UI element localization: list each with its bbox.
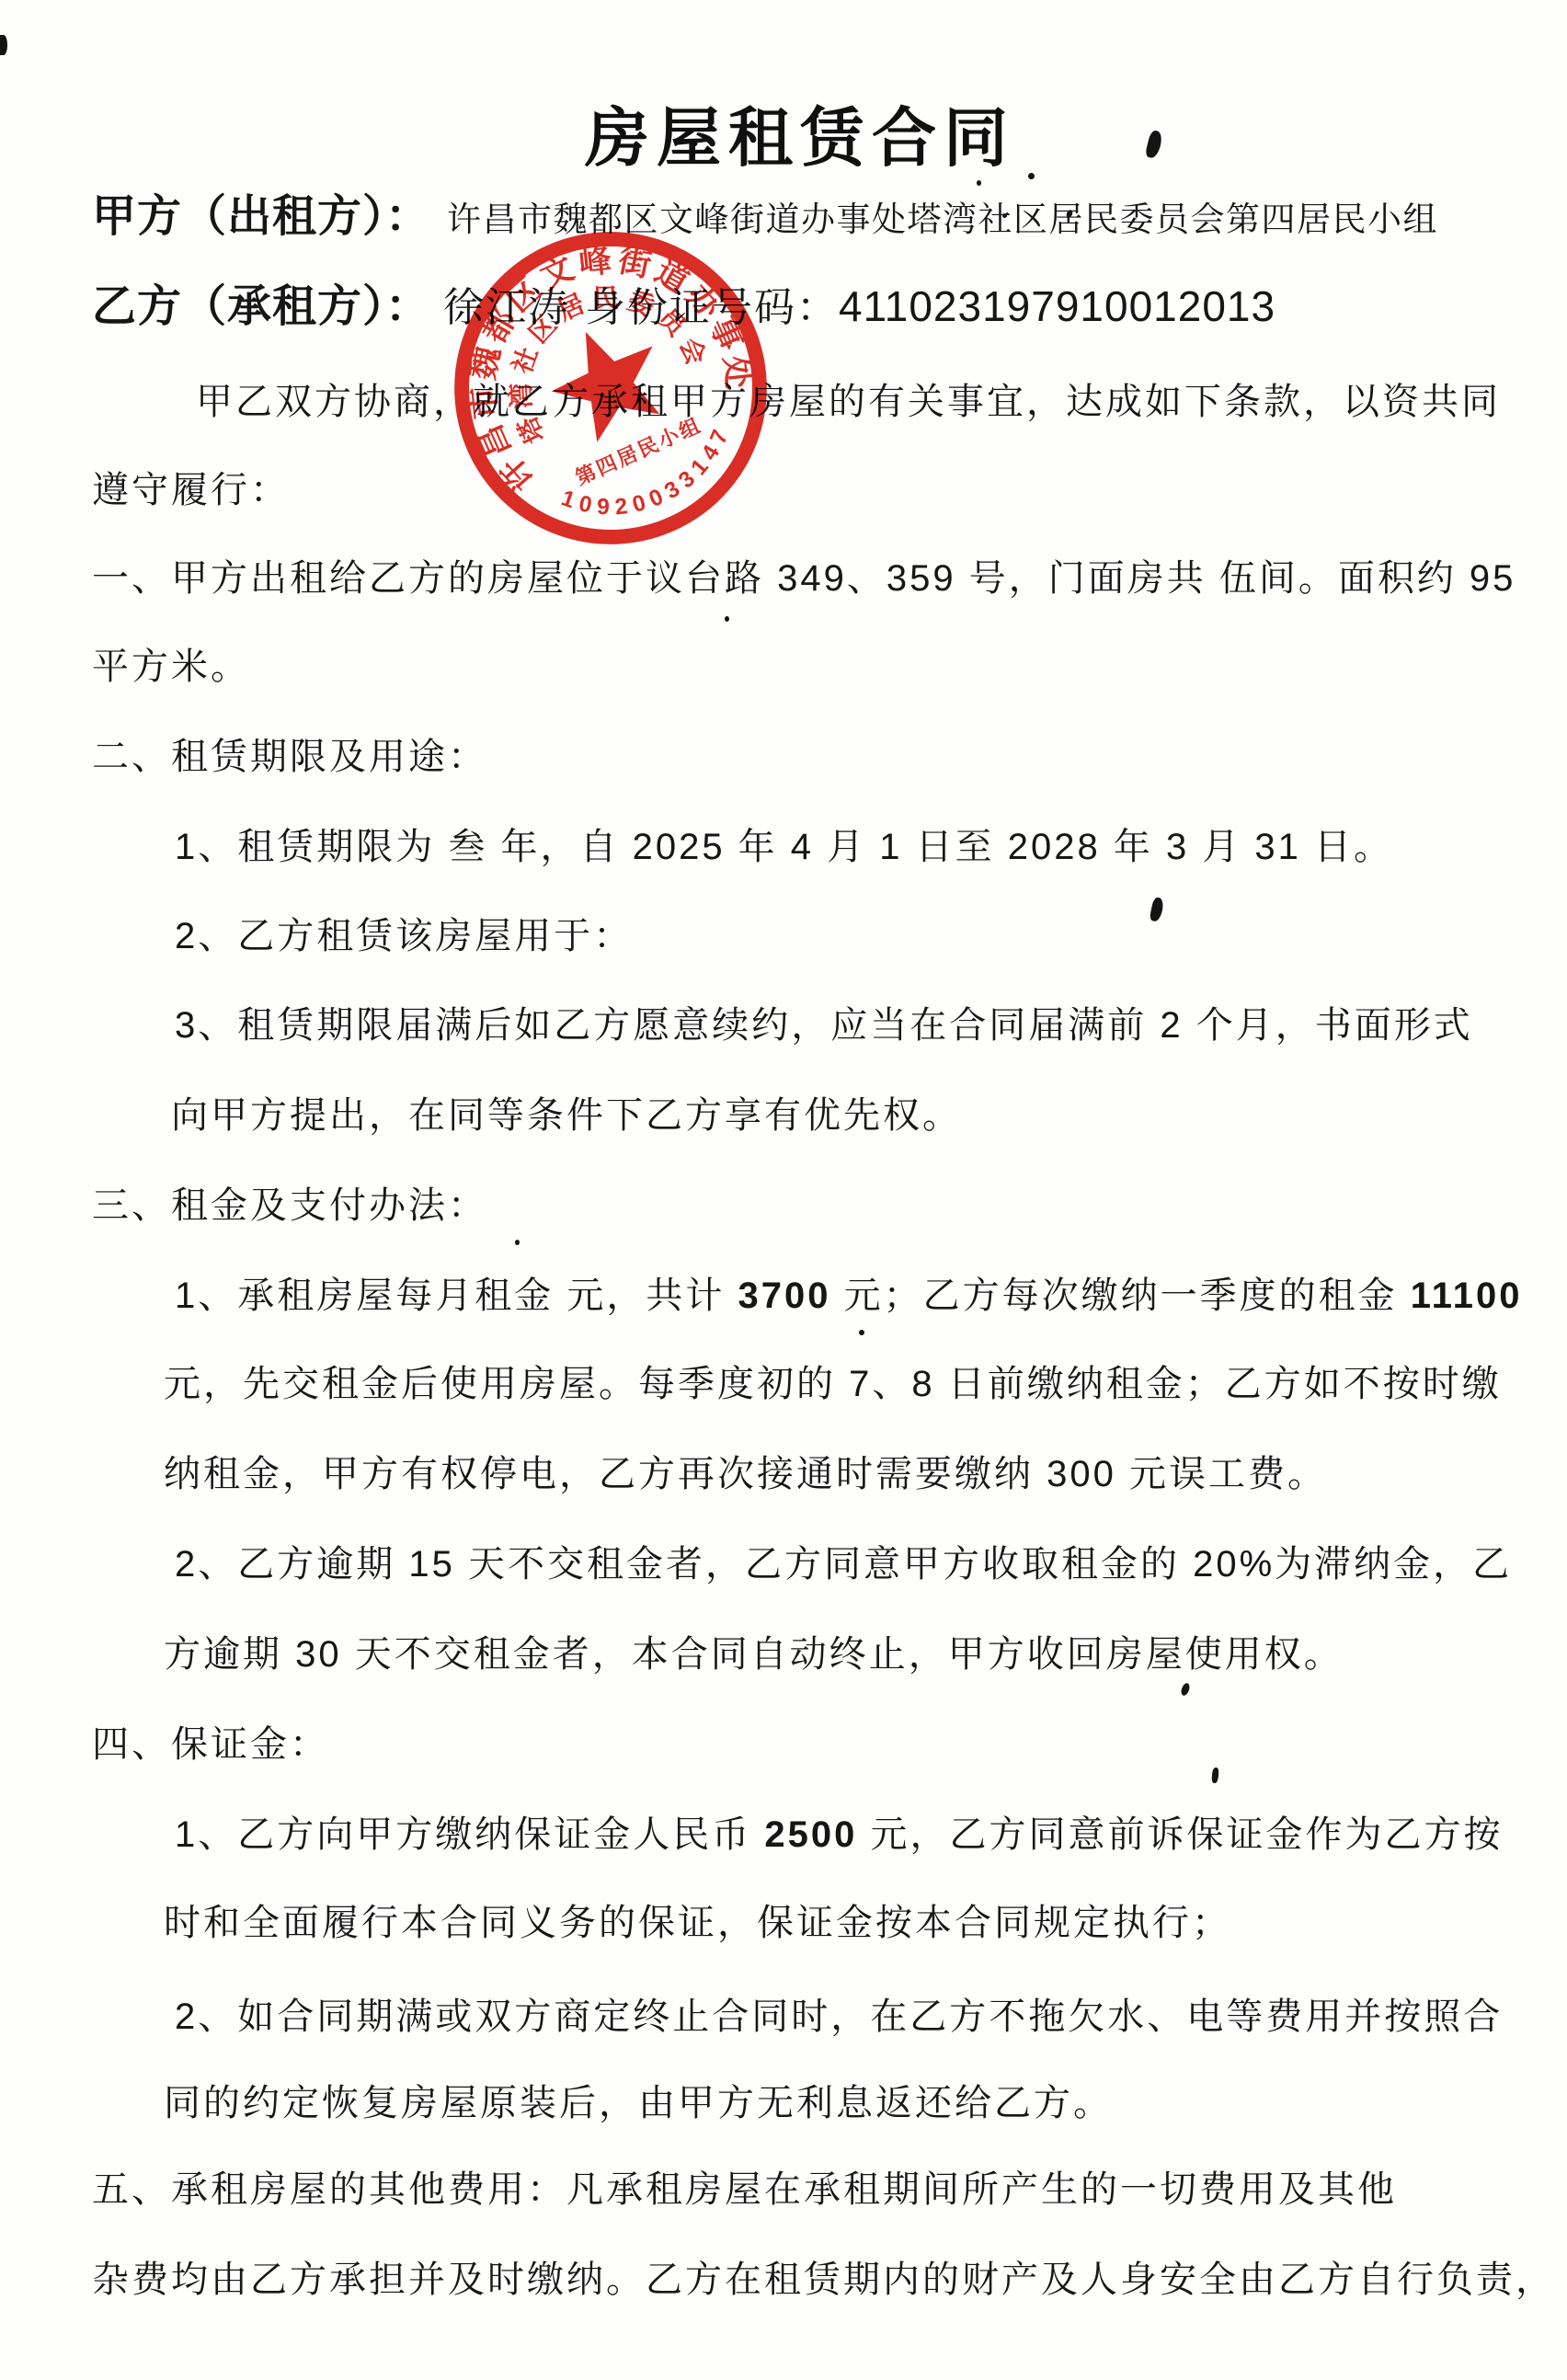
scan-artifact	[1180, 1682, 1191, 1697]
scan-artifact	[977, 180, 981, 186]
rent-total-value: 3700	[738, 1276, 830, 1316]
section-4-heading: 四、保证金：	[92, 1722, 329, 1768]
party-b-id-number: 411023197910012013	[839, 282, 1275, 330]
section-5-line-2: 杂费均由乙方承担并及时缴纳。乙方在租赁期内的财产及人身安全由乙方自行负责，	[92, 2257, 1555, 2303]
preamble-line-1: 甲乙双方协商，就乙方承租甲方房屋的有关事宜，达成如下条款，以资共同	[196, 379, 1501, 425]
scan-artifact	[0, 35, 7, 55]
section-4-item-1-line-1: 1、乙方向甲方缴纳保证金人民币 2500 元，乙方同意前诉保证金作为乙方按	[175, 1812, 1503, 1858]
section-3-item-2-line-2: 方逾期 30 天不交租金者，本合同自动终止，甲方收回房屋使用权。	[164, 1631, 1344, 1677]
scan-artifact	[1149, 897, 1164, 922]
section-4-item-1-line-2: 时和全面履行本合同义务的保证，保证金按本合同规定执行；	[164, 1900, 1231, 1946]
scan-artifact	[1028, 173, 1035, 179]
party-b-label: 乙方（承租方）：	[92, 282, 430, 331]
scan-artifact	[1211, 1768, 1219, 1784]
section-3-heading: 三、租金及支付办法：	[92, 1183, 487, 1229]
section-2-item-3-line-1: 3、租赁期限届满后如乙方愿意续约，应当在合同届满前 2 个月，书面形式	[175, 1002, 1473, 1048]
contract-title: 房屋租赁合同	[92, 86, 1508, 179]
section-3-item-1-line-1: 1、承租房屋每月租金 元，共计 3700 元；乙方每次缴纳一季度的租金 1110…	[175, 1273, 1523, 1319]
party-a-line: 甲方（出租方）：许昌市魏都区文峰街道办事处塔湾社区居民委员会第四居民小组	[92, 189, 1438, 245]
scan-artifact	[515, 1240, 520, 1245]
rent-clause-text: 1、承租房屋每月租金 元，共计	[175, 1276, 738, 1316]
rent-clause-text: 元；乙方每次缴纳一季度的租金	[830, 1276, 1410, 1316]
quarterly-rent-value: 11100	[1411, 1276, 1523, 1316]
deposit-clause-text: 1、乙方向甲方缴纳保证金人民币	[175, 1814, 764, 1855]
section-3-item-2-line-1: 2、乙方逾期 15 天不交租金者，乙方同意甲方收取租金的 20%为滞纳金，乙	[175, 1541, 1512, 1587]
party-a-label: 甲方（出租方）：	[92, 192, 430, 241]
section-1-line-2: 平方米。	[92, 644, 250, 690]
section-4-item-2-line-2: 同的约定恢复房屋原装后，由甲方无利息返还给乙方。	[164, 2080, 1113, 2126]
section-2-item-1: 1、租赁期限为 叁 年，自 2025 年 4 月 1 日至 2028 年 3 月…	[175, 824, 1393, 870]
section-2-item-3-line-2: 向甲方提出，在同等条件下乙方享有优先权。	[171, 1093, 962, 1139]
preamble-line-2: 遵守履行：	[92, 467, 290, 513]
section-5-line-1: 五、承租房屋的其他费用：凡承租房屋在承租期间所产生的一切费用及其他	[92, 2167, 1397, 2213]
section-4-item-2-line-1: 2、如合同期满或双方商定终止合同时，在乙方不拖欠水、电等费用并按照合	[175, 1994, 1503, 2040]
scan-artifact	[859, 1330, 864, 1335]
section-3-item-1-line-3: 纳租金，甲方有权停电，乙方再次接通时需要缴纳 300 元误工费。	[164, 1451, 1327, 1497]
section-3-item-1-line-2: 元，先交租金后使用房屋。每季度初的 7、8 日前缴纳租金；乙方如不按时缴	[164, 1361, 1502, 1407]
section-2-item-2: 2、乙方租赁该房屋用于：	[175, 913, 633, 959]
section-1-line-1: 一、甲方出租给乙方的房屋位于议台路 349、359 号，门面房共 伍间。面积约 …	[92, 555, 1516, 601]
lease-contract-page: 房屋租赁合同 甲方（出租方）：许昌市魏都区文峰街道办事处塔湾社区居民委员会第四居…	[0, 0, 1567, 2380]
section-2-heading: 二、租赁期限及用途：	[92, 734, 487, 780]
scan-artifact	[1002, 213, 1007, 218]
deposit-clause-text: 元，乙方同意前诉保证金作为乙方按	[857, 1814, 1503, 1855]
scan-artifact	[725, 616, 729, 622]
deposit-value: 2500	[764, 1814, 857, 1855]
